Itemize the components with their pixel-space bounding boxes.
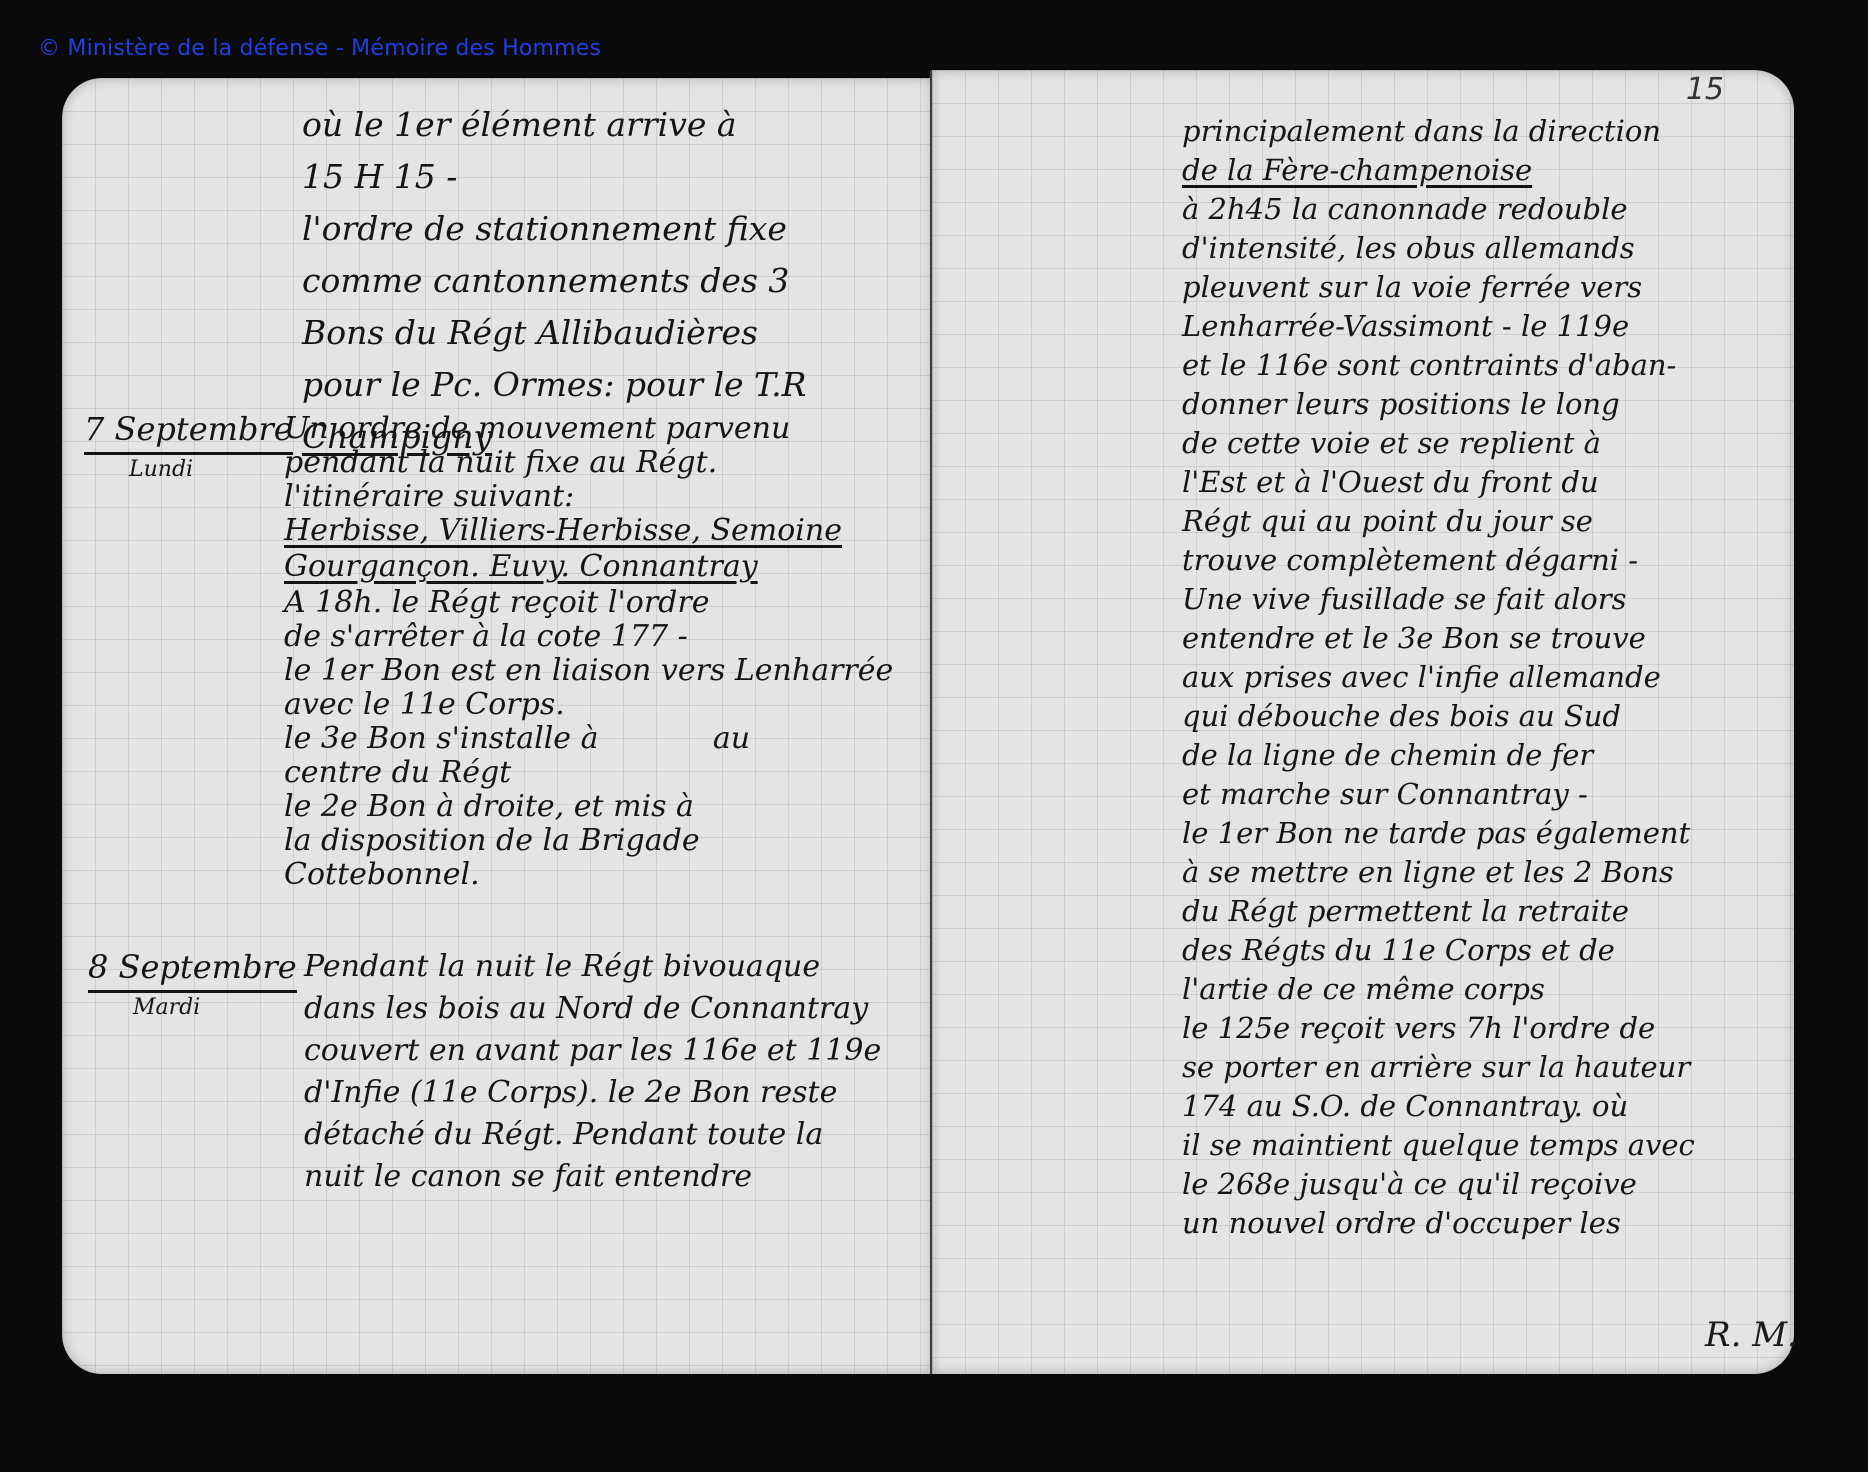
entry-weekday: Mardi [88, 995, 297, 1020]
text-line: principalement dans la direction [1182, 112, 1695, 151]
page-number: 15 [1686, 72, 1724, 107]
text-line: et le 116e sont contraints d'aban- [1182, 346, 1695, 385]
text-line: d'intensité, les obus allemands [1182, 229, 1695, 268]
text-line: avec le 11e Corps. [284, 686, 893, 720]
text-line-place: de la Fère-champenoise [1182, 151, 1695, 190]
text-line: Bons du Régt Allibaudières [302, 314, 807, 366]
text-line: du Régt permettent la retraite [1182, 892, 1695, 931]
text-line: dans les bois au Nord de Connantray [304, 990, 881, 1032]
text-line: des Régts du 11e Corps et de [1182, 931, 1695, 970]
entry-weekday: Lundi [84, 457, 293, 482]
text-line: Cottebonnel. [284, 856, 893, 890]
text-line: à se mettre en ligne et les 2 Bons [1182, 853, 1695, 892]
notebook-right-page: 15 principalement dans la direction de l… [932, 70, 1794, 1374]
text-line-itinerary: Herbisse, Villiers-Herbisse, Semoine [284, 512, 893, 548]
entry-date-8-september: 8 Septembre Mardi [88, 948, 297, 1020]
text-line: et marche sur Connantray - [1182, 775, 1695, 814]
text-line: 15 H 15 - [302, 158, 807, 210]
text-line: où le 1er élément arrive à [302, 106, 807, 158]
text-line: le 1er Bon est en liaison vers Lenharrée [284, 652, 893, 686]
text-line: se porter en arrière sur la hauteur [1182, 1048, 1695, 1087]
text-line: entendre et le 3e Bon se trouve [1182, 619, 1695, 658]
entry-date: 7 Septembre [84, 410, 293, 455]
text-line: pendant la nuit fixe au Régt. [284, 444, 893, 478]
text-line: l'artie de ce même corps [1182, 970, 1695, 1009]
text-line: qui débouche des bois au Sud [1182, 697, 1695, 736]
entry-date: 8 Septembre [88, 948, 297, 993]
text-line: comme cantonnements des 3 [302, 262, 807, 314]
text-line: donner leurs positions le long [1182, 385, 1695, 424]
text-line: l'Est et à l'Ouest du front du [1182, 463, 1695, 502]
text-line: de cette voie et se replient à [1182, 424, 1695, 463]
text-line: de la ligne de chemin de fer [1182, 736, 1695, 775]
text-line: il se maintient quelque temps avec [1182, 1126, 1695, 1165]
text-line: le 1er Bon ne tarde pas également [1182, 814, 1695, 853]
text-line: de s'arrêter à la cote 177 - [284, 618, 893, 652]
text-line: d'Infie (11e Corps). le 2e Bon reste [304, 1074, 881, 1116]
text-line: détaché du Régt. Pendant toute la [304, 1116, 881, 1158]
text-line: le 268e jusqu'à ce qu'il reçoive [1182, 1165, 1695, 1204]
text-line: la disposition de la Brigade [284, 822, 893, 856]
entry-date-7-september: 7 Septembre Lundi [84, 410, 293, 482]
text-line: trouve complètement dégarni - [1182, 541, 1695, 580]
notebook-left-page: où le 1er élément arrive à 15 H 15 - l'o… [62, 78, 932, 1374]
text-line: Une vive fusillade se fait alors [1182, 580, 1695, 619]
text-line: Pendant la nuit le Régt bivouaque [304, 948, 881, 990]
right-page-text: principalement dans la direction de la F… [1182, 112, 1695, 1243]
text-line: aux prises avec l'infie allemande [1182, 658, 1695, 697]
text-line: centre du Régt [284, 754, 893, 788]
text-line: pleuvent sur la voie ferrée vers [1182, 268, 1695, 307]
text-line: nuit le canon se fait entendre [304, 1158, 881, 1200]
text-line: le 125e reçoit vers 7h l'ordre de [1182, 1009, 1695, 1048]
entry-text-8-september: Pendant la nuit le Régt bivouaque dans l… [304, 948, 881, 1200]
text-line: 174 au S.O. de Connantray. où [1182, 1087, 1695, 1126]
text-line: le 2e Bon à droite, et mis à [284, 788, 893, 822]
entry-text-7-september: Un ordre de mouvement parvenu pendant la… [284, 410, 893, 890]
copyright-watermark: © Ministère de la défense - Mémoire des … [38, 36, 601, 61]
text-line: Lenharrée-Vassimont - le 119e [1182, 307, 1695, 346]
text-line: à 2h45 la canonnade redouble [1182, 190, 1695, 229]
text-line-itinerary: Gourgançon. Euvy. Connantray [284, 548, 893, 584]
text-line: A 18h. le Régt reçoit l'ordre [284, 584, 893, 618]
text-line: Régt qui au point du jour se [1182, 502, 1695, 541]
text-line: le 3e Bon s'installe à au [284, 720, 893, 754]
text-line: couvert en avant par les 116e et 119e [304, 1032, 881, 1074]
text-line: un nouvel ordre d'occuper les [1182, 1204, 1695, 1243]
author-initials: R. M. [1705, 1315, 1798, 1355]
text-line: Un ordre de mouvement parvenu [284, 410, 893, 444]
text-line: l'itinéraire suivant: [284, 478, 893, 512]
text-line: l'ordre de stationnement fixe [302, 210, 807, 262]
